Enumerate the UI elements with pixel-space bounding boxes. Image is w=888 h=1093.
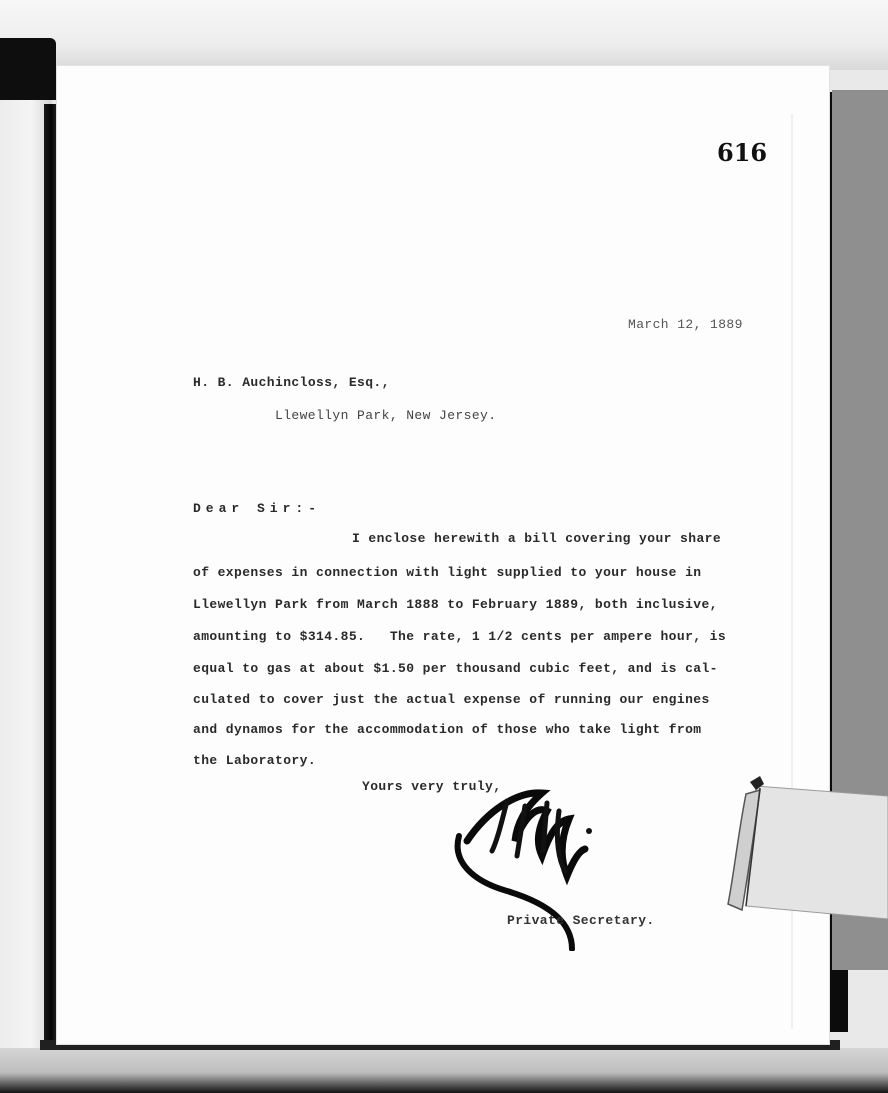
body-line: amounting to $314.85. The rate, 1 1/2 ce… [193, 629, 726, 644]
letter-sheet: 616 March 12, 1889 H. B. Auchincloss, Es… [57, 66, 829, 1044]
background-top [0, 0, 888, 70]
body-line: and dynamos for the accommodation of tho… [193, 722, 701, 737]
body-line: equal to gas at about $1.50 per thousand… [193, 661, 718, 676]
letter-addressee: H. B. Auchincloss, Esq., [193, 375, 390, 390]
body-line: Llewellyn Park from March 1888 to Februa… [193, 597, 718, 612]
background-shadow [0, 38, 56, 100]
body-line: the Laboratory. [193, 753, 316, 768]
page-number: 616 [717, 138, 767, 167]
body-line: of expenses in connection with light sup… [193, 565, 701, 580]
body-line: culated to cover just the actual expense… [193, 692, 710, 707]
letter-salutation: Dear Sir:- [193, 501, 321, 516]
letter-date: March 12, 1889 [628, 317, 743, 332]
body-line: I enclose herewith a bill covering your … [352, 531, 721, 546]
letter-address: Llewellyn Park, New Jersey. [275, 408, 496, 423]
book-binding-edge [44, 104, 58, 1054]
background-bottom [0, 1048, 888, 1093]
signer-title: Private Secretary. [507, 913, 655, 928]
binder-clip [716, 774, 888, 919]
